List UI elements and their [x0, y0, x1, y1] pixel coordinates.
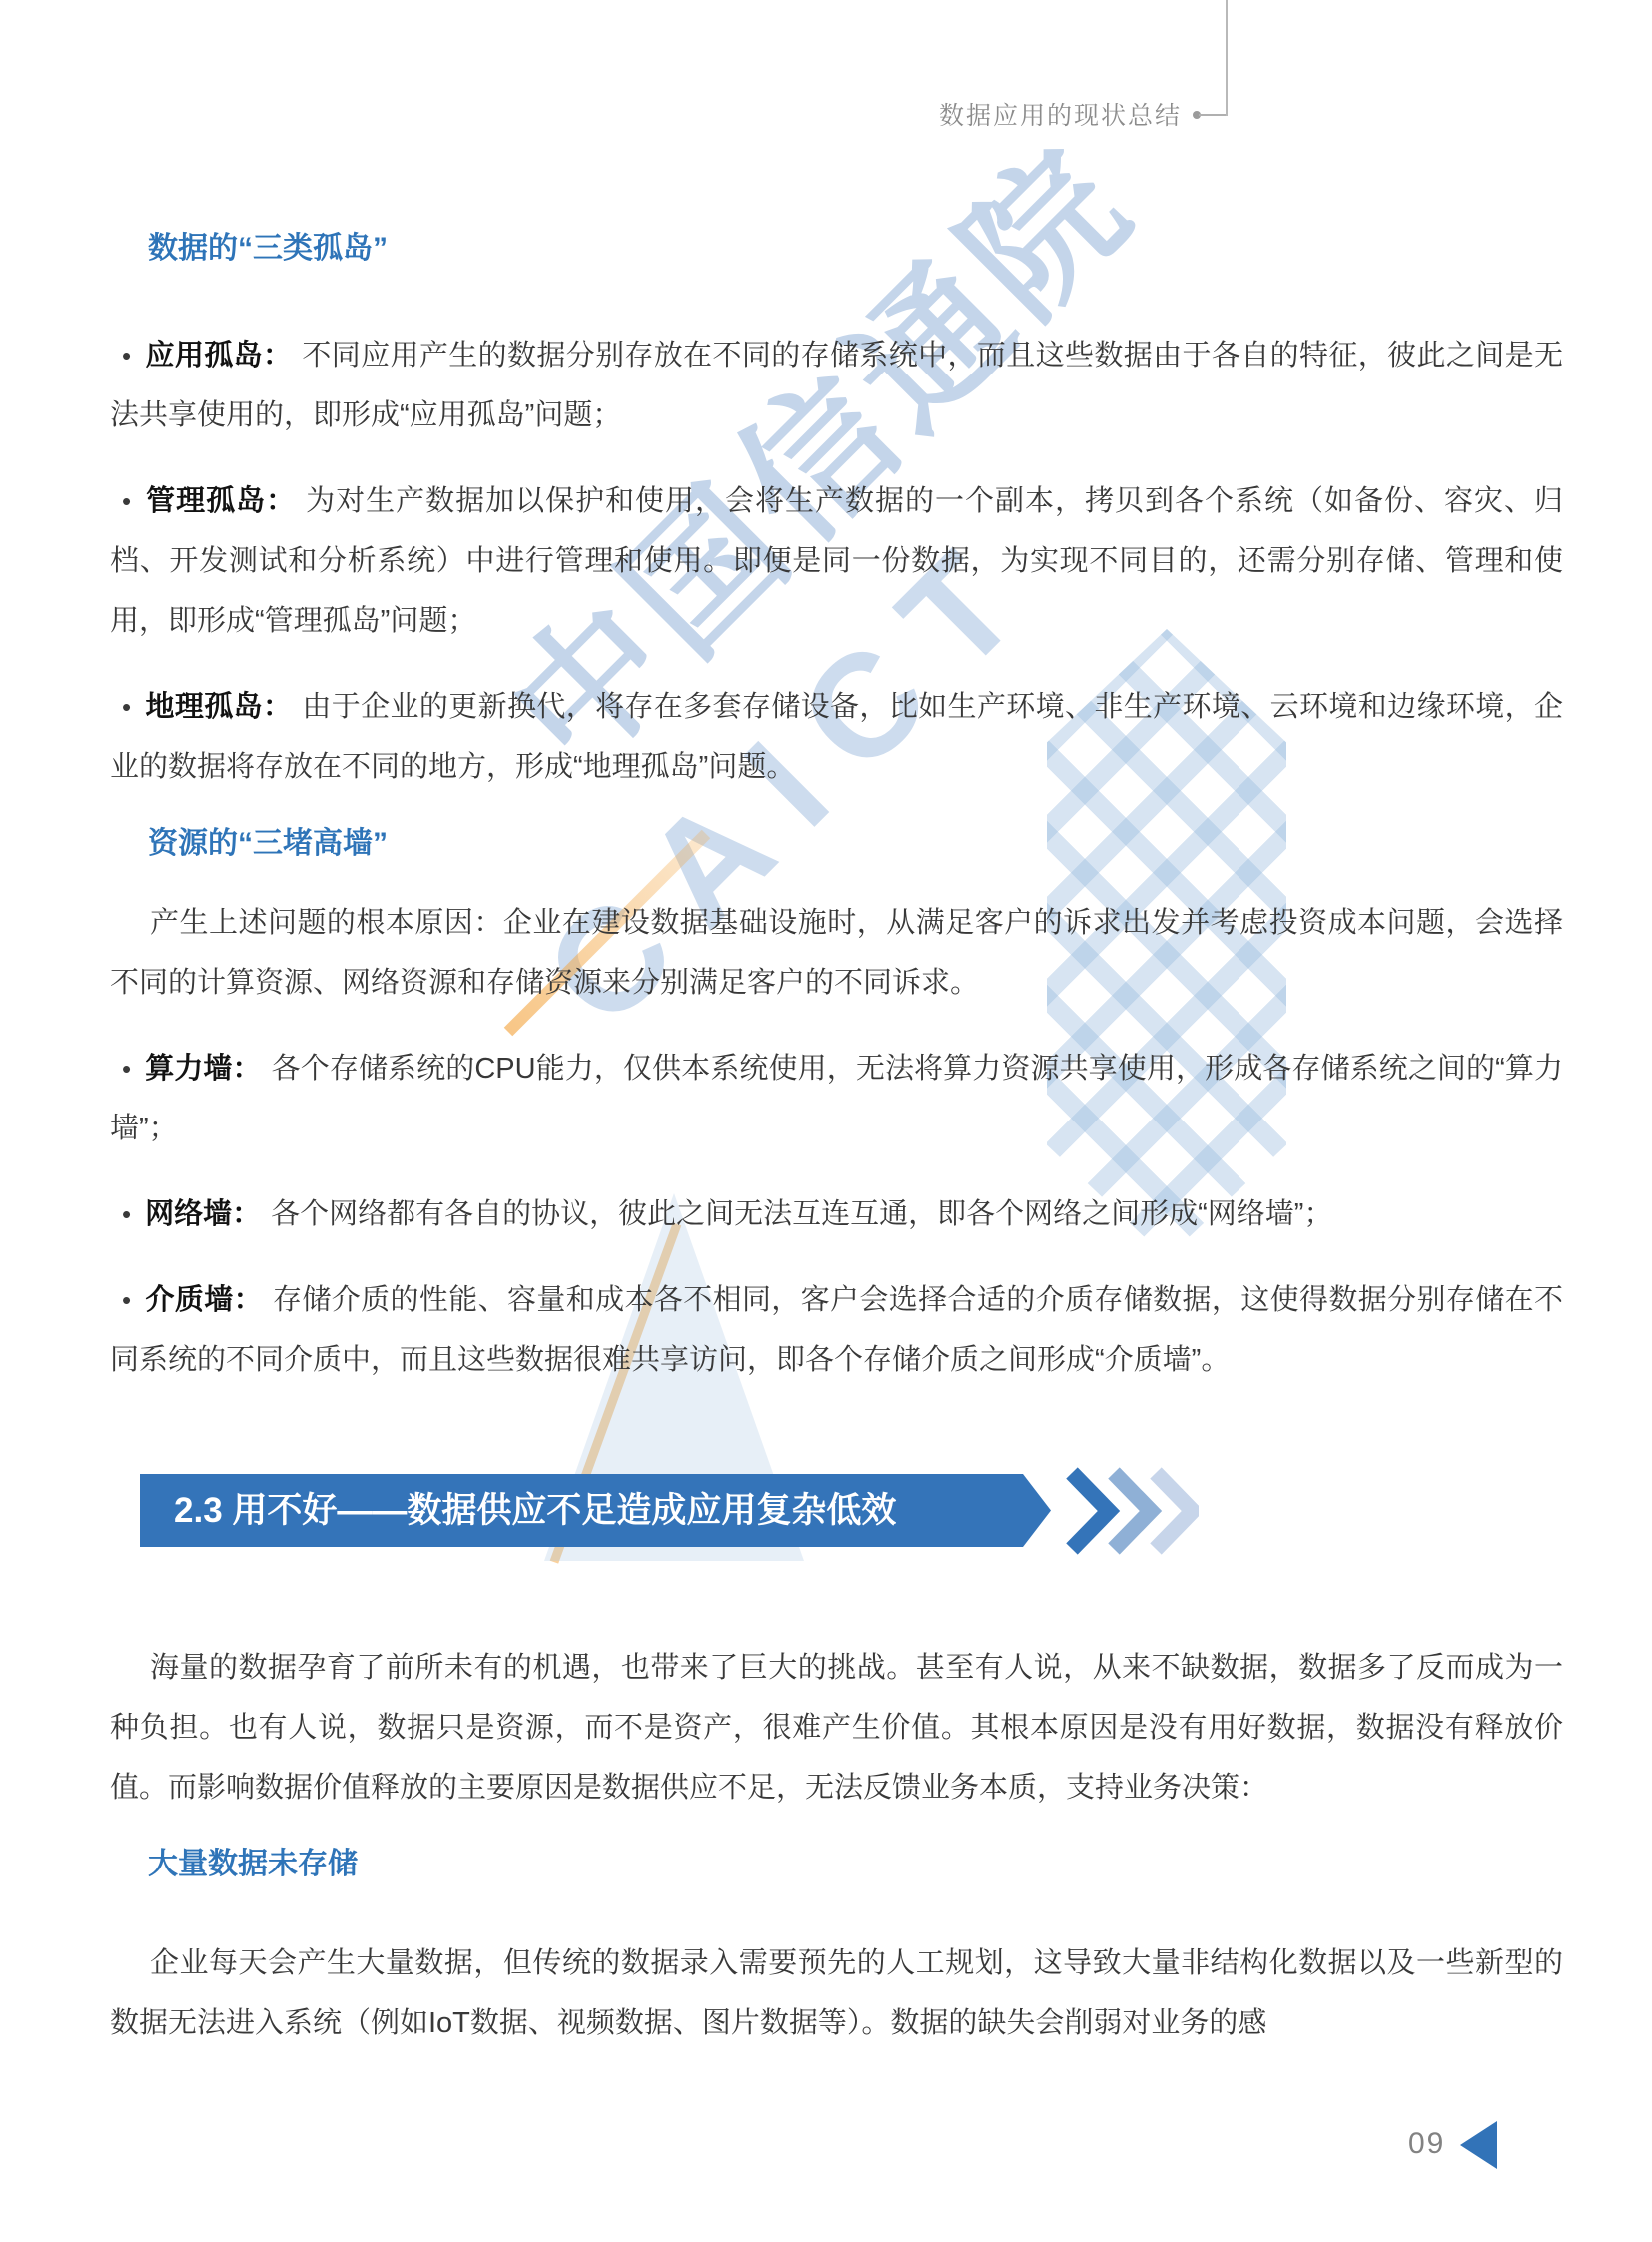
bullet-dot-icon: •: [122, 1285, 131, 1315]
heading-three-walls: 资源的“三堵高墙”: [148, 823, 1563, 865]
unstored-paragraph: 企业每天会产生大量数据，但传统的数据录入需要预先的人工规划，这导致大量非结构化数…: [110, 1933, 1563, 2053]
heading-unstored-data: 大量数据未存储: [148, 1844, 1563, 1885]
page-number: 09: [1408, 2127, 1445, 2161]
page-content: 数据的“三类孤岛” •应用孤岛：不同应用产生的数据分别存放在不同的存储系统中，而…: [110, 228, 1563, 2079]
bullet-media-wall: •介质墙：存储介质的性能、容量和成本各不相同，客户会选择合适的介质存储数据，这使…: [110, 1270, 1563, 1390]
bullet-text: 为对生产数据加以保护和使用，会将生产数据的一个副本，拷贝到各个系统（如备份、容灾…: [110, 485, 1563, 637]
bullet-text: 各个网络都有各自的协议，彼此之间无法互连互通，即各个网络之间形成“网络墙”；: [271, 1198, 1332, 1230]
bullet-text: 不同应用产生的数据分别存放在不同的存储系统中，而且这些数据由于各自的特征，彼此之…: [110, 340, 1563, 431]
triple-chevron-right-icon: [1063, 1465, 1199, 1557]
bullet-geographic-island: •地理孤岛：由于企业的更新换代，将存在多套存储设备，比如生产环境、非生产环境、云…: [110, 677, 1563, 797]
bullet-dot-icon: •: [122, 1199, 131, 1229]
bullet-network-wall: •网络墙：各个网络都有各自的协议，彼此之间无法互连互通，即各个网络之间形成“网络…: [110, 1184, 1563, 1244]
bullet-text: 存储介质的性能、容量和成本各不相同，客户会选择合适的介质存储数据，这使得数据分别…: [110, 1284, 1563, 1376]
bullet-term: 应用孤岛：: [145, 340, 292, 372]
bullet-term: 管理孤岛：: [145, 485, 296, 517]
page-header-title: 数据应用的现状总结: [939, 96, 1182, 132]
header-rule-vertical: [1226, 0, 1228, 116]
usage-intro-paragraph: 海量的数据孕育了前所未有的机遇，也带来了巨大的挑战。甚至有人说，从来不缺数据，数…: [110, 1638, 1563, 1818]
header-rule-horizontal: [1199, 114, 1227, 116]
bullet-dot-icon: •: [122, 1054, 131, 1084]
bullet-term: 地理孤岛：: [145, 691, 292, 723]
bullet-dot-icon: •: [122, 692, 131, 722]
bullet-text: 各个存储系统的CPU能力，仅供本系统使用，无法将算力资源共享使用，形成各存储系统…: [110, 1053, 1563, 1144]
bullet-text: 由于企业的更新换代，将存在多套存储设备，比如生产环境、非生产环境、云环境和边缘环…: [110, 691, 1563, 783]
heading-three-islands: 数据的“三类孤岛”: [148, 228, 1563, 270]
footer-left-triangle-icon: [1460, 2121, 1497, 2169]
bullet-app-island: •应用孤岛：不同应用产生的数据分别存放在不同的存储系统中，而且这些数据由于各自的…: [110, 326, 1563, 445]
section-2-3-banner-row: 2.3 用不好——数据供应不足造成应用复杂低效: [140, 1463, 1563, 1558]
bullet-dot-icon: •: [122, 341, 131, 371]
section-2-3-banner: 2.3 用不好——数据供应不足造成应用复杂低效: [140, 1474, 1051, 1547]
bullet-compute-wall: •算力墙：各个存储系统的CPU能力，仅供本系统使用，无法将算力资源共享使用，形成…: [110, 1039, 1563, 1158]
walls-intro-paragraph: 产生上述问题的根本原因：企业在建设数据基础设施时，从满足客户的诉求出发并考虑投资…: [110, 893, 1563, 1013]
bullet-term: 介质墙：: [145, 1284, 263, 1316]
bullet-term: 网络墙：: [145, 1198, 261, 1230]
bullet-dot-icon: •: [122, 486, 131, 516]
bullet-term: 算力墙：: [145, 1053, 262, 1085]
bullet-management-island: •管理孤岛：为对生产数据加以保护和使用，会将生产数据的一个副本，拷贝到各个系统（…: [110, 471, 1563, 651]
